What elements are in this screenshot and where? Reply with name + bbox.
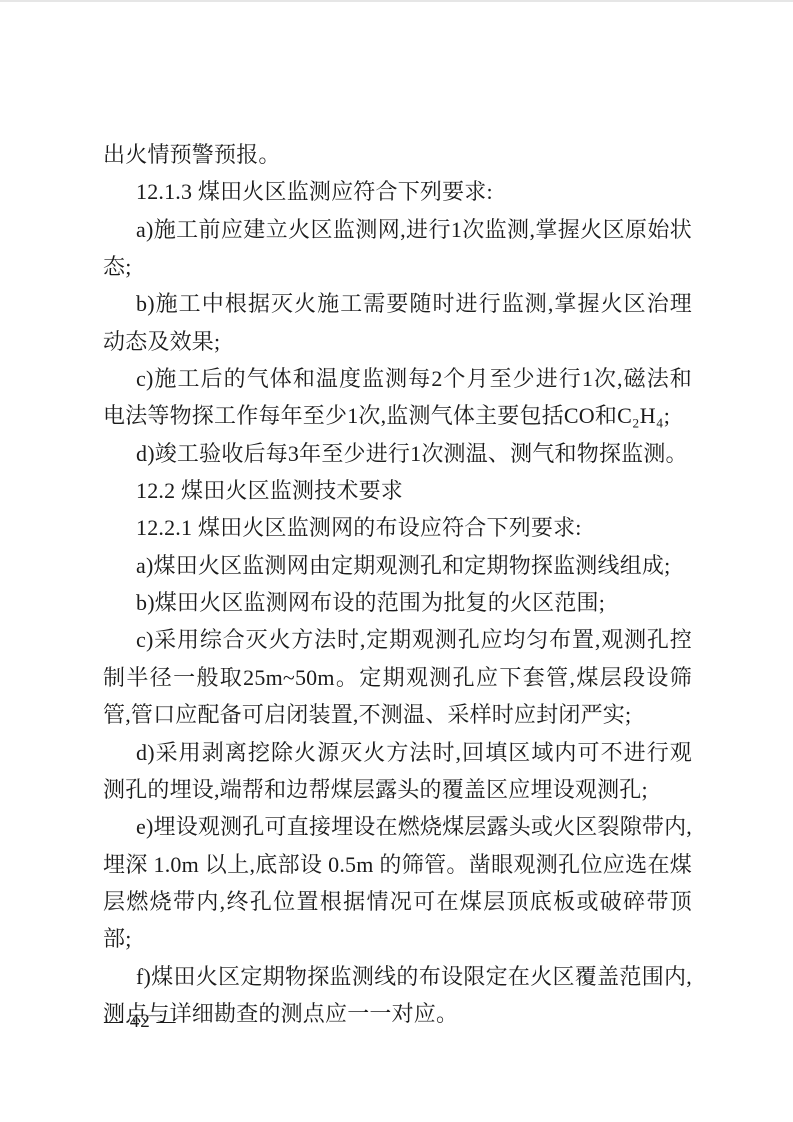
clause-12-2-1-item-e: e)埋设观测孔可直接埋设在燃烧煤层露头或火区裂隙带内,埋深 1.0m 以上,底部… (103, 808, 692, 957)
clause-12-1-3-item-c: c)施工后的气体和温度监测每2个月至少进行1次,磁法和电法等物探工作每年至少1次… (103, 360, 692, 435)
clause-12-1-3-heading: 12.1.3 煤田火区监测应符合下列要求: (103, 173, 692, 210)
document-page: 出火情预警预报。 12.1.3 煤田火区监测应符合下列要求: a)施工前应建立火… (0, 0, 793, 1122)
paragraph-continuation: 出火情预警预报。 (103, 136, 692, 173)
document-body: 出火情预警预报。 12.1.3 煤田火区监测应符合下列要求: a)施工前应建立火… (103, 136, 692, 1032)
clause-12-1-3-item-b: b)施工中根据灭火施工需要随时进行监测,掌握火区治理动态及效果; (103, 285, 692, 360)
clause-12-2-1-item-f: f)煤田火区定期物探监测线的布设限定在火区覆盖范围内,测点与详细勘查的测点应一一… (103, 958, 692, 1033)
scan-edge-artifact (0, 0, 793, 2)
clause-12-2-1-item-a: a)煤田火区监测网由定期观测孔和定期物探监测线组成; (103, 547, 692, 584)
page-number: — 42 — (104, 1010, 177, 1034)
clause-12-2-1-item-b: b)煤田火区监测网布设的范围为批复的火区范围; (103, 584, 692, 621)
clause-12-2-1-item-d: d)采用剥离挖除火源灭火方法时,回填区域内可不进行观测孔的埋设,端帮和边帮煤层露… (103, 734, 692, 809)
clause-12-1-3-item-d: d)竣工验收后每3年至少进行1次测温、测气和物探监测。 (103, 435, 692, 472)
clause-12-1-3-item-a: a)施工前应建立火区监测网,进行1次监测,掌握火区原始状态; (103, 211, 692, 286)
section-12-2-heading: 12.2 煤田火区监测技术要求 (103, 472, 692, 509)
clause-12-2-1-heading: 12.2.1 煤田火区监测网的布设应符合下列要求: (103, 509, 692, 546)
clause-12-2-1-item-c: c)采用综合灭火方法时,定期观测孔应均匀布置,观测孔控制半径一般取25m~50m… (103, 621, 692, 733)
